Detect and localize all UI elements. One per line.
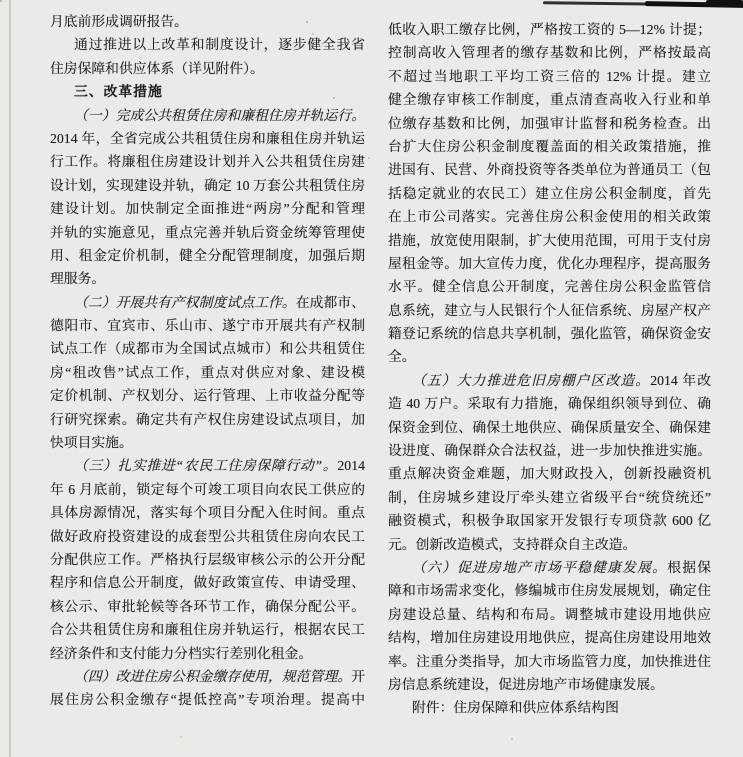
body-text: 低收入职工缴存比例，严格按工资的 5—12% 计提； — [388, 22, 711, 37]
body-text: 房信息系统建设，促进房地产市场健康发展。 — [388, 677, 664, 692]
body-text: 2014 — [337, 458, 365, 473]
text-line: 建设计划。加快制定全面推进“两房”分配和管理 — [50, 197, 365, 220]
body-text: 定价机制、产权划分、运行管理、上市收益分配等进 — [50, 388, 365, 407]
text-line: 措施，放宽使用限制，扩大使用范围，可用于支付房 — [388, 229, 711, 252]
text-line: 住房保障和供应体系（详见附件）。 — [50, 57, 365, 80]
text-line: （一）完成公共租赁住房和廉租住房并轨运行。 — [50, 104, 365, 127]
body-text: 设计划，实现建设并轨，确定 10 万套公共租赁住房 — [50, 178, 365, 193]
right-text-column: 低收入职工缴存比例，严格按工资的 5—12% 计提；控制高收入管理者的缴存基数和… — [388, 18, 711, 720]
body-text: 保资金到位、确保土地供应、确保质量安全、确保建 — [388, 420, 711, 435]
text-line: 不超过当地职工平均工资三倍的 12% 计提。建立 — [388, 65, 711, 88]
body-text: 开 — [351, 669, 365, 684]
body-text: 房“租改售”试点工作，重点对供应对象、建设模式、 — [50, 365, 365, 384]
item-heading-text: （二）开展共有产权制度试点工作。 — [74, 295, 296, 310]
body-text: 融资模式，积极争取国家开发银行专项贷款 600 亿 — [388, 513, 711, 528]
text-line: 全。 — [388, 345, 711, 368]
body-text: 并轨的实施意见，重点完善并轨后资金统筹管理使 — [50, 225, 365, 240]
text-line: 位缴存基数和比例，加强审计监督和税务检查。出 — [388, 112, 711, 135]
body-text: 屋租金等。加大宣传力度，优化办理程序，提高服务 — [388, 256, 711, 271]
body-text: 籍登记系统的信息共享机制，强化监管，确保资金安 — [388, 326, 711, 341]
body-text: 全。 — [388, 349, 416, 364]
item-heading-text: （四）改进住房公积金缴存使用，规范管理。 — [74, 669, 351, 684]
item-heading-text: （六）促进房地产市场平稳健康发展。 — [412, 560, 667, 575]
body-text: 做好政府投资建设的成套型公共租赁住房向农民工 — [50, 529, 365, 544]
body-text: 快项目实施。 — [50, 435, 133, 450]
text-line: 屋租金等。加大宣传力度，优化办理程序，提高服务 — [388, 252, 711, 275]
item-heading-text: （一）完成公共租赁住房和廉租住房并轨运行。 — [74, 108, 365, 123]
body-text: 重点解决资金难题，加大财政投入，创新投融资机 — [388, 466, 711, 481]
text-line: 台扩大住房公积金制度覆盖面的相关政策措施，推 — [388, 135, 711, 158]
text-line: 保资金到位、确保土地供应、确保质量安全、确保建 — [388, 416, 711, 439]
section-heading-text: 三、改革措施 — [74, 84, 163, 99]
item-heading-text: （五）大力推进危旧房棚户区改造。 — [412, 373, 650, 388]
text-line: （三）扎实推进“农民工住房保障行动”。2014 — [50, 454, 365, 477]
text-line: 月底前形成调研报告。 — [50, 10, 365, 33]
text-line: 程序和信息公开制度，做好政策宣传、申请受理、审 — [50, 571, 365, 594]
text-line: （二）开展共有产权制度试点工作。在成都市、 — [50, 291, 365, 314]
text-line: 控制高收入管理者的缴存基数和比例，严格按最高 — [388, 41, 711, 64]
body-text: 房建设总量、结构和布局。调整城市建设用地供应 — [388, 607, 711, 622]
text-line: 具体房源情况，落实每个项目分配入住时间。重点 — [50, 501, 365, 524]
text-line: 核公示、审批轮候等各环节工作，确保分配公平。结 — [50, 595, 365, 618]
text-line: 房信息系统建设，促进房地产市场健康发展。 — [388, 673, 711, 696]
text-line: 行工作。将廉租住房建设计划并入公共租赁住房建 — [50, 150, 365, 173]
text-line: （五）大力推进危旧房棚户区改造。2014 年改 — [388, 369, 711, 392]
body-text: 障和市场需求变化，修编城市住房发展规划，确定住 — [388, 583, 711, 598]
text-line: 分配供应工作。严格执行层级审核公示的公开分配 — [50, 548, 365, 571]
body-text: 附件：住房保障和供应体系结构图 — [412, 700, 619, 715]
text-line: 健全缴存审核工作制度，重点清查高收入行业和单 — [388, 88, 711, 111]
body-text: 年 6 月底前，锁定每个可竣工项目向农民工供应的 — [50, 482, 365, 497]
text-line: 制，住房城乡建设厅牵头建立省级平台“统贷统还” — [388, 486, 711, 509]
text-line: 试点工作（成都市为全国试点城市）和公共租赁住 — [50, 337, 365, 360]
body-text: 分配供应工作。严格执行层级审核公示的公开分配 — [50, 552, 365, 567]
document-page: 月底前形成调研报告。通过推进以上改革和制度设计，逐步健全我省住房保障和供应体系（… — [0, 0, 743, 757]
body-text: 具体房源情况，落实每个项目分配入住时间。重点 — [50, 505, 365, 520]
body-text: 行研究探索。确定共有产权住房建设试点项目，加 — [50, 412, 365, 427]
text-line: 重点解决资金难题，加大财政投入，创新投融资机 — [388, 462, 711, 485]
body-text: 控制高收入管理者的缴存基数和比例，严格按最高 — [388, 45, 711, 60]
body-text: 月底前形成调研报告。 — [50, 14, 188, 29]
text-line: 籍登记系统的信息共享机制，强化监管，确保资金安 — [388, 322, 711, 345]
text-line: （六）促进房地产市场平稳健康发展。根据保 — [388, 556, 711, 579]
body-text: 试点工作（成都市为全国试点城市）和公共租赁住 — [50, 341, 365, 356]
body-text: 制，住房城乡建设厅牵头建立省级平台“统贷统还” — [388, 490, 711, 505]
text-line: 率。注重分类指导，加大市场监管力度，加快推进住 — [388, 650, 711, 673]
item-heading-text: （三）扎实推进“农民工住房保障行动”。 — [74, 458, 337, 473]
body-text: 造 40 万户。采取有力措施，确保组织领导到位、确 — [388, 396, 711, 411]
text-line: 设进度、确保群众合法权益，进一步加快推进实施。 — [388, 439, 711, 462]
text-line: 元。创新改造模式，支持群众自主改造。 — [388, 533, 711, 556]
text-line: 理服务。 — [50, 267, 365, 290]
scan-left-edge-line — [9, 0, 11, 757]
body-text: 结构，增加住房建设用地供应，提高住房建设用地效 — [388, 630, 711, 645]
text-line: 括稳定就业的农民工）建立住房公积金制度，首先 — [388, 182, 711, 205]
body-text: 经济条件和支付能力分档实行差别化租金。 — [50, 646, 312, 661]
body-text: 2014 年，全省完成公共租赁住房和廉租住房并轨运 — [50, 131, 365, 146]
body-text: 2014 年改 — [650, 373, 711, 388]
text-line: 经济条件和支付能力分档实行差别化租金。 — [50, 642, 365, 665]
text-line: 房建设总量、结构和布局。调整城市建设用地供应 — [388, 603, 711, 626]
body-text: 括稳定就业的农民工）建立住房公积金制度，首先 — [388, 186, 711, 201]
text-line: 展住房公积金缴存“提低控高”专项治理。提高中 — [50, 688, 365, 711]
body-text: 率。注重分类指导，加大市场监管力度，加快推进住 — [388, 654, 711, 669]
text-line: 障和市场需求变化，修编城市住房发展规划，确定住 — [388, 579, 711, 602]
body-text: 用、租金定价机制，健全分配管理制度，加强后期管 — [50, 248, 365, 267]
body-text: 程序和信息公开制度，做好政策宣传、申请受理、审 — [50, 575, 365, 594]
text-line: 息系统，建立与人民银行个人征信系统、房屋产权产 — [388, 299, 711, 322]
text-line: 行研究探索。确定共有产权住房建设试点项目，加 — [50, 408, 365, 431]
text-line: 三、改革措施 — [50, 80, 365, 103]
body-text: 展住房公积金缴存“提低控高”专项治理。提高中 — [50, 692, 365, 707]
scan-top-streak-corner — [706, 0, 743, 5]
text-line: 结构，增加住房建设用地供应，提高住房建设用地效 — [388, 626, 711, 649]
text-line: 年 6 月底前，锁定每个可竣工项目向农民工供应的 — [50, 478, 365, 501]
body-text: 在成都市、 — [296, 295, 365, 310]
body-text: 不超过当地职工平均工资三倍的 12% 计提。建立 — [388, 69, 711, 84]
left-text-column: 月底前形成调研报告。通过推进以上改革和制度设计，逐步健全我省住房保障和供应体系（… — [50, 10, 365, 712]
body-text: 德阳市、宜宾市、乐山市、遂宁市开展共有产权制度 — [50, 318, 365, 337]
text-line: 合公共租赁住房和廉租住房并轨运行，根据农民工 — [50, 618, 365, 641]
text-line: 融资模式，积极争取国家开发银行专项贷款 600 亿 — [388, 509, 711, 532]
scan-specks — [0, 0, 2, 2]
body-text: 理服务。 — [50, 271, 105, 286]
text-line: 进国有、民营、外商投资等各类单位为普通员工（包 — [388, 158, 711, 181]
text-line: 在上市公司落实。完善住房公积金使用的相关政策 — [388, 205, 711, 228]
body-text: 通过推进以上改革和制度设计，逐步健全我省 — [74, 37, 365, 52]
body-text: 健全缴存审核工作制度，重点清查高收入行业和单 — [388, 92, 711, 107]
body-text: 措施，放宽使用限制，扩大使用范围，可用于支付房 — [388, 233, 711, 248]
text-line: （四）改进住房公积金缴存使用，规范管理。开 — [50, 665, 365, 688]
text-line: 做好政府投资建设的成套型公共租赁住房向农民工 — [50, 525, 365, 548]
body-text: 息系统，建立与人民银行个人征信系统、房屋产权产 — [388, 303, 711, 318]
body-text: 在上市公司落实。完善住房公积金使用的相关政策 — [388, 209, 711, 224]
body-text: 住房保障和供应体系（详见附件）。 — [50, 61, 264, 76]
text-line: 房“租改售”试点工作，重点对供应对象、建设模式、 — [50, 361, 365, 384]
body-text: 设进度、确保群众合法权益，进一步加快推进实施。 — [388, 443, 711, 458]
body-text: 台扩大住房公积金制度覆盖面的相关政策措施，推 — [388, 139, 711, 154]
text-line: 定价机制、产权划分、运行管理、上市收益分配等进 — [50, 384, 365, 407]
body-text: 元。创新改造模式，支持群众自主改造。 — [388, 537, 636, 552]
text-line: 并轨的实施意见，重点完善并轨后资金统筹管理使 — [50, 221, 365, 244]
text-line: 水平。健全信息公开制度，完善住房公积金监管信 — [388, 275, 711, 298]
text-line: 用、租金定价机制，健全分配管理制度，加强后期管 — [50, 244, 365, 267]
body-text: 根据保 — [667, 560, 711, 575]
body-text: 核公示、审批轮候等各环节工作，确保分配公平。结 — [50, 599, 365, 618]
body-text: 合公共租赁住房和廉租住房并轨运行，根据农民工 — [50, 622, 365, 637]
text-line: 快项目实施。 — [50, 431, 365, 454]
text-line: 德阳市、宜宾市、乐山市、遂宁市开展共有产权制度 — [50, 314, 365, 337]
body-text: 水平。健全信息公开制度，完善住房公积金监管信 — [388, 279, 711, 294]
text-line: 造 40 万户。采取有力措施，确保组织领导到位、确 — [388, 392, 711, 415]
body-text: 进国有、民营、外商投资等各类单位为普通员工（包 — [388, 162, 711, 177]
body-text: 行工作。将廉租住房建设计划并入公共租赁住房建 — [50, 154, 365, 169]
text-line: 设计划，实现建设并轨，确定 10 万套公共租赁住房 — [50, 174, 365, 197]
text-line: 附件：住房保障和供应体系结构图 — [388, 696, 711, 719]
text-line: 低收入职工缴存比例，严格按工资的 5—12% 计提； — [388, 18, 711, 41]
body-text: 位缴存基数和比例，加强审计监督和税务检查。出 — [388, 116, 711, 131]
body-text: 建设计划。加快制定全面推进“两房”分配和管理 — [50, 201, 365, 216]
text-line: 通过推进以上改革和制度设计，逐步健全我省 — [50, 33, 365, 56]
text-line: 2014 年，全省完成公共租赁住房和廉租住房并轨运 — [50, 127, 365, 150]
